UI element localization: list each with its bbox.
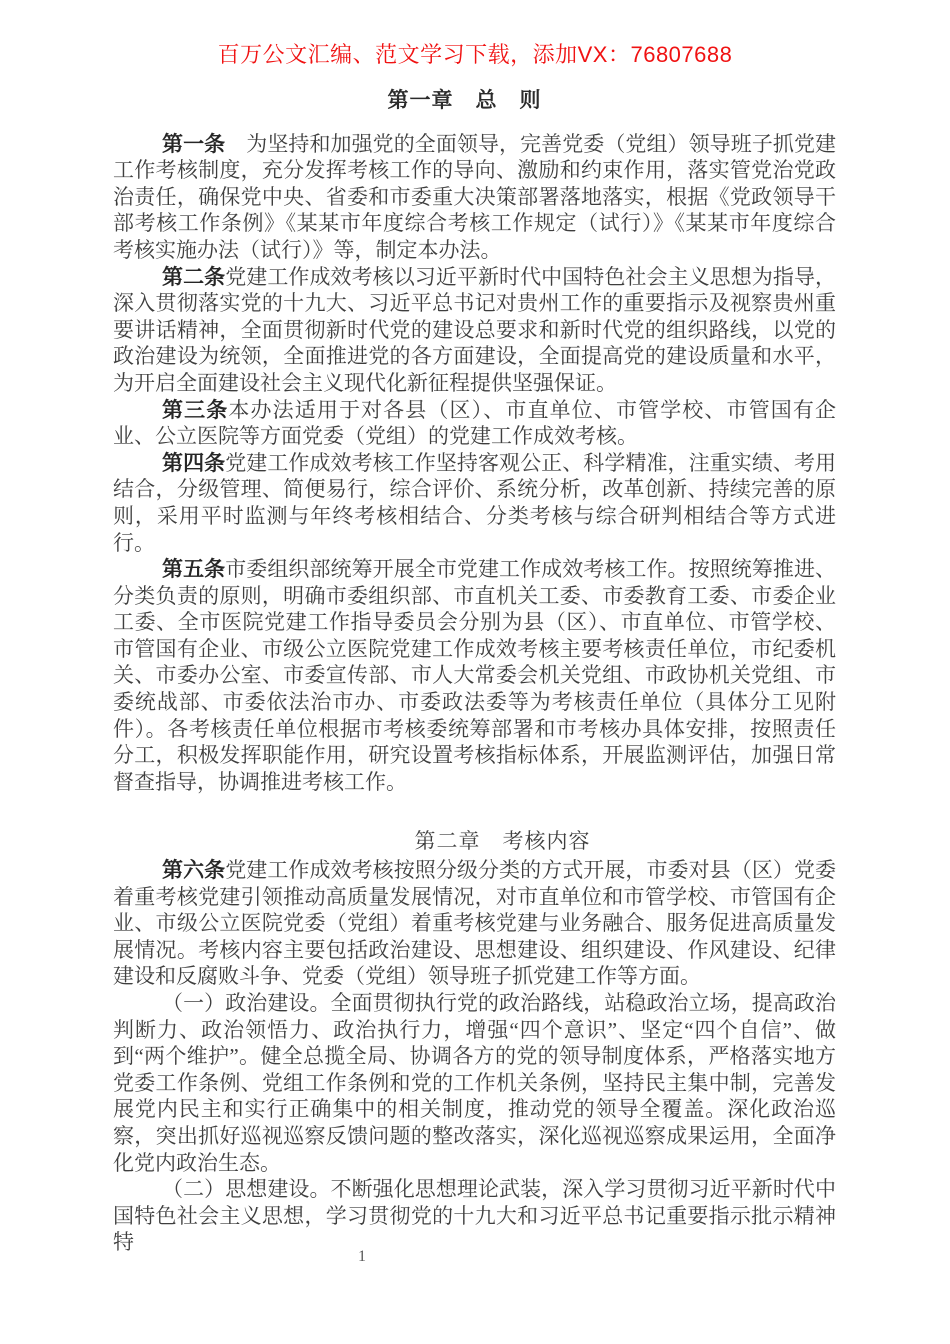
chapter-2-heading: 第二章 考核内容 (169, 828, 836, 855)
clause-1-text: （一）政治建设。全面贯彻执行党的政治路线，站稳政治立场，提高政治判断力、政治领悟… (113, 991, 836, 1175)
chapter-1-heading: 第一章 总 则 (113, 87, 816, 114)
article-2-number: 第二条 (162, 265, 225, 289)
page-number: 1 (358, 1247, 366, 1267)
article-1: 第一条 为坚持和加强党的全面领导，完善党委（党组）领导班子抓党建工作考核制度，充… (113, 131, 836, 264)
document-body: 第一章 总 则 第一条 为坚持和加强党的全面领导，完善党委（党组）领导班子抓党建… (113, 87, 836, 1256)
article-1-number: 第一条 (162, 132, 225, 156)
article-4-number: 第四条 (162, 451, 225, 475)
article-2: 第二条党建工作成效考核以习近平新时代中国特色社会主义思想为指导，深入贯彻落实党的… (113, 264, 836, 397)
promo-banner: 百万公文汇编、范文学习下载，添加VX：76807688 (0, 43, 950, 67)
clause-1-political: （一）政治建设。全面贯彻执行党的政治路线，站稳政治立场，提高政治判断力、政治领悟… (113, 990, 836, 1176)
article-5-number: 第五条 (162, 557, 225, 581)
article-3: 第三条本办法适用于对各县（区）、市直单位、市管学校、市管国有企业、公立医院等方面… (113, 397, 836, 450)
article-3-number: 第三条 (162, 398, 228, 422)
document-page: 百万公文汇编、范文学习下载，添加VX：76807688 第一章 总 则 第一条 … (0, 0, 950, 1344)
clause-2-ideological: （二）思想建设。不断强化思想理论武装，深入学习贯彻习近平新时代中国特色社会主义思… (113, 1176, 836, 1256)
clause-2-text: （二）思想建设。不断强化思想理论武装，深入学习贯彻习近平新时代中国特色社会主义思… (113, 1177, 836, 1254)
article-4: 第四条党建工作成效考核工作坚持客观公正、科学精准，注重实绩、考用结合，分级管理、… (113, 450, 836, 556)
article-5-text: 市委组织部统筹开展全市党建工作成效考核工作。按照统筹推进、分类负责的原则，明确市… (113, 557, 836, 794)
article-5: 第五条市委组织部统筹开展全市党建工作成效考核工作。按照统筹推进、分类负责的原则，… (113, 556, 836, 795)
article-6-number: 第六条 (162, 858, 225, 882)
article-6: 第六条党建工作成效考核按照分级分类的方式开展，市委对县（区）党委着重考核党建引领… (113, 857, 836, 990)
